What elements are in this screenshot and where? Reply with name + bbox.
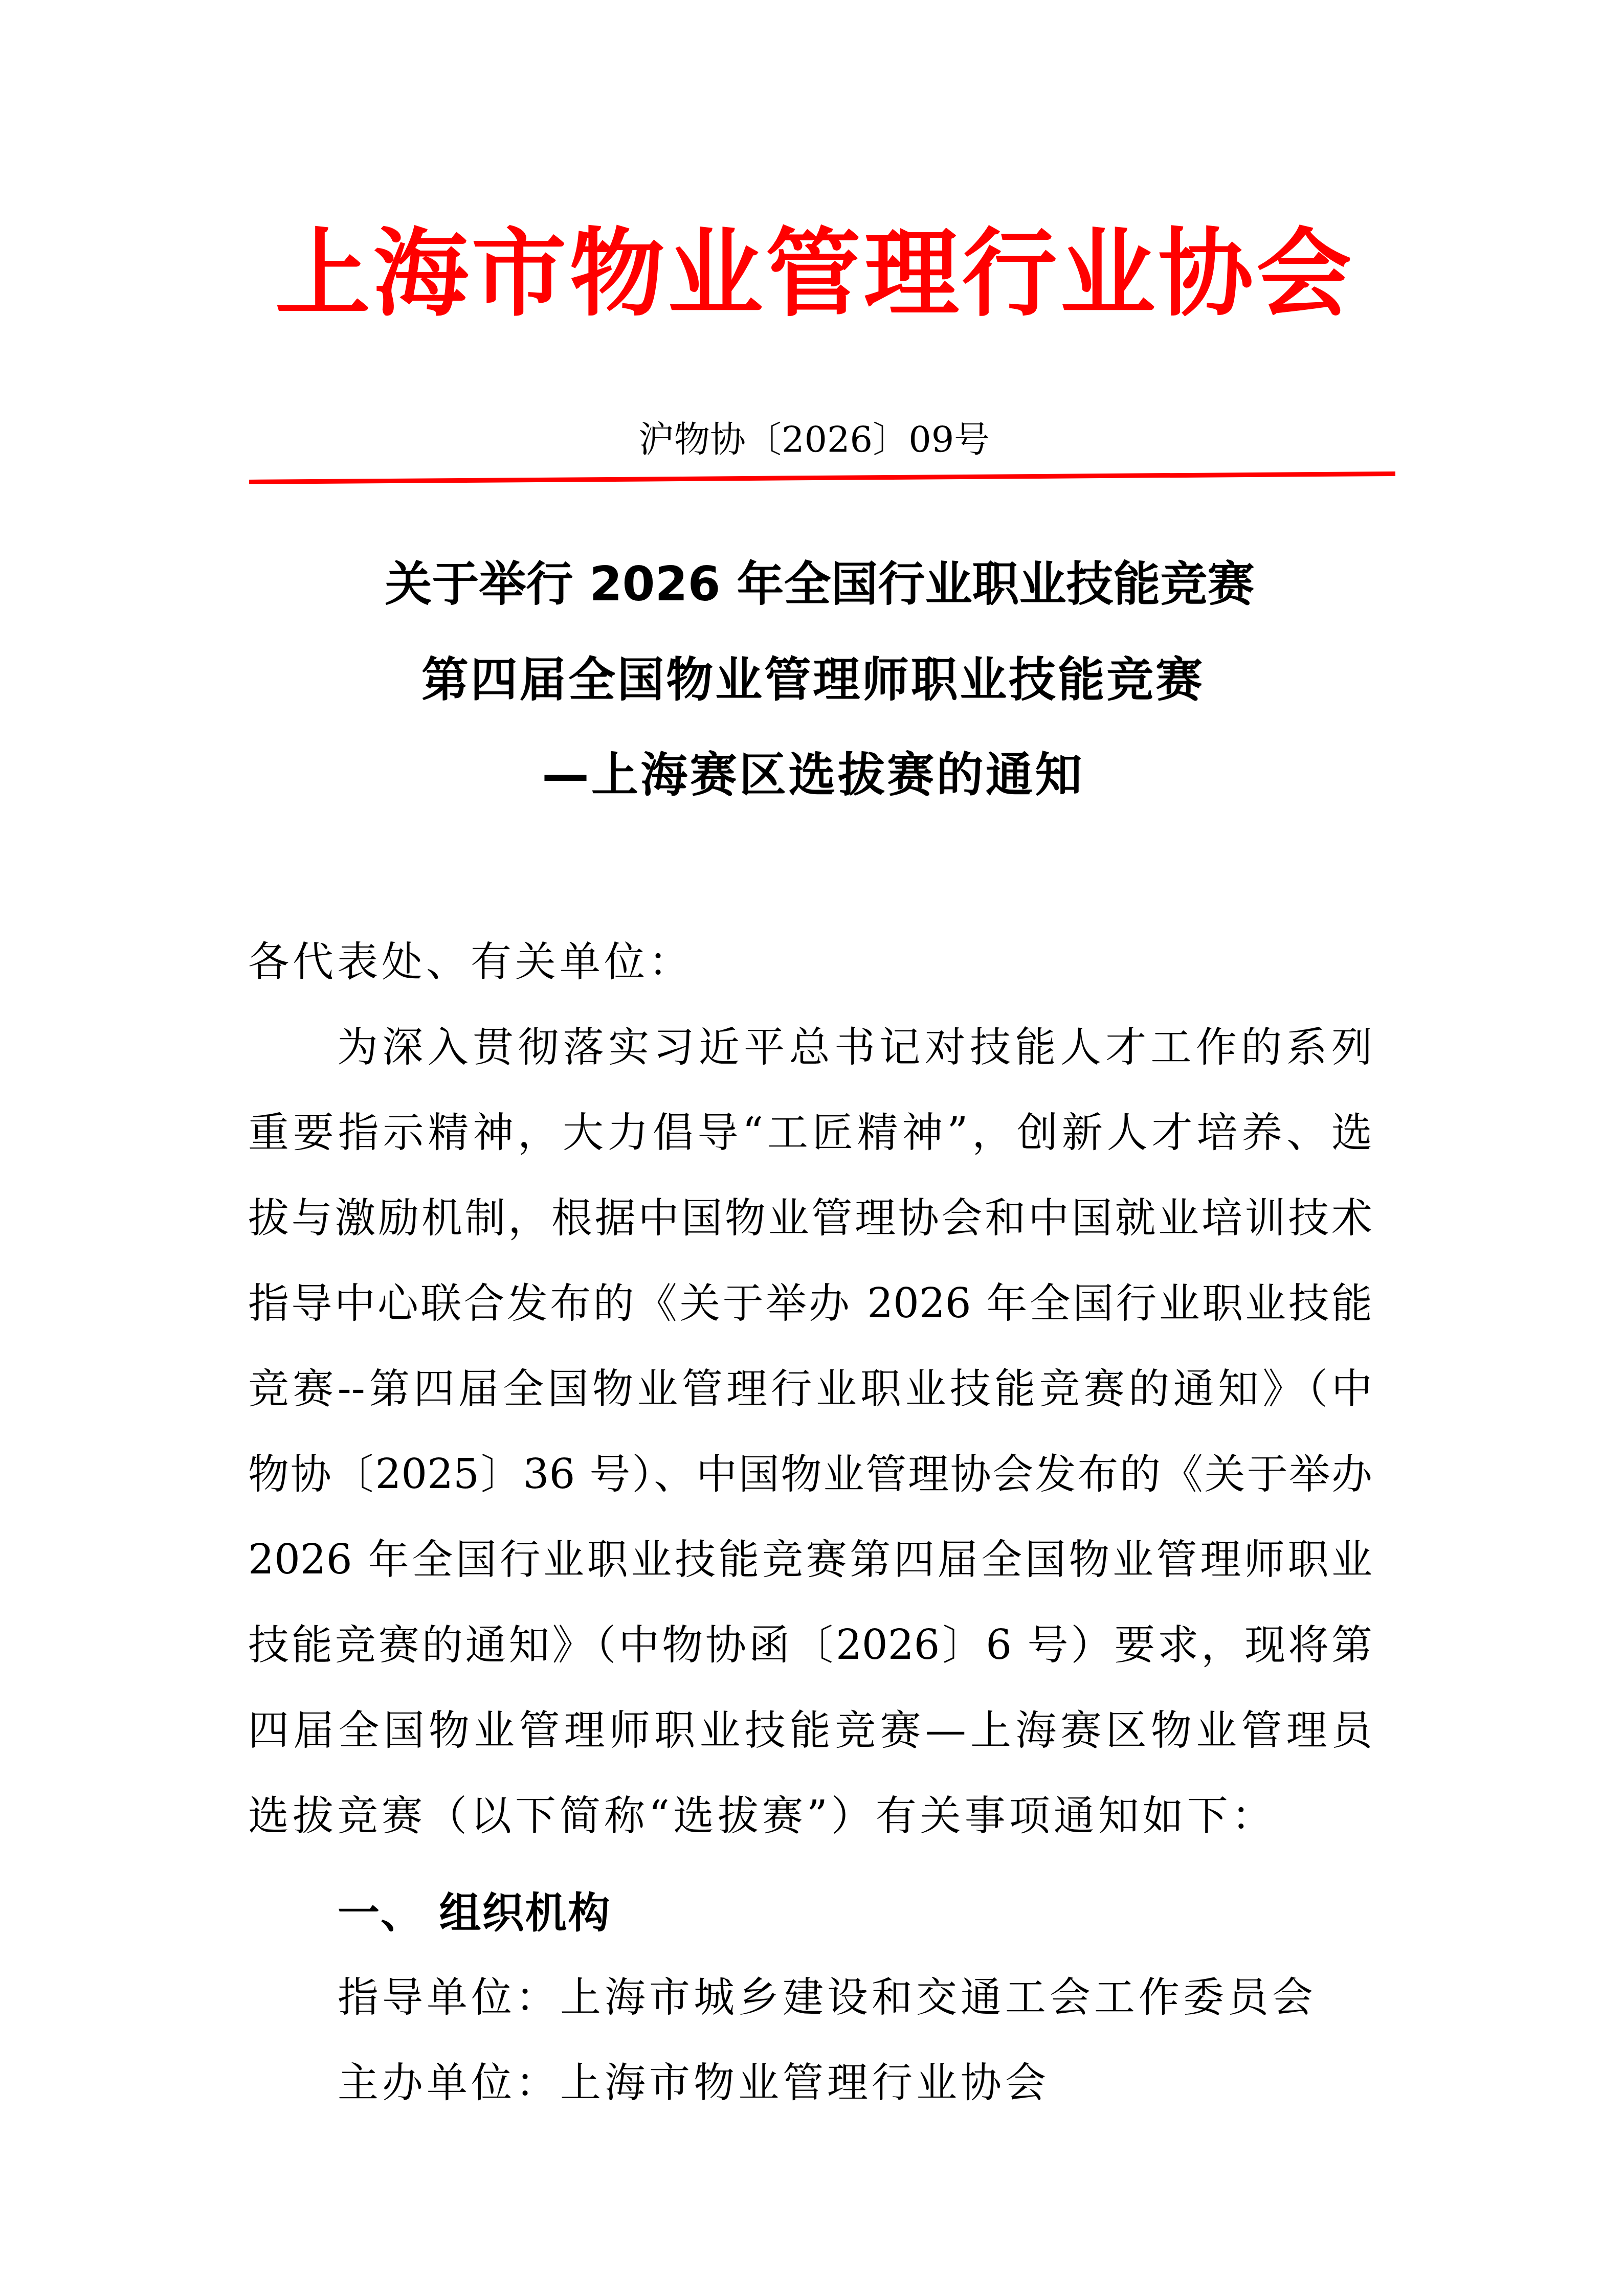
body-line: 技能竞赛的通知》（中物协函〔2026〕6 号）要求，现将第 — [248, 1602, 1372, 1688]
notice-heading-text: —上海赛区选拔赛的通知 — [542, 745, 1082, 806]
letterhead-red-divider — [249, 471, 1395, 484]
notice-heading-line-2: 第四届全国物业管理师职业技能竞赛 — [0, 649, 1624, 711]
body-line: 选拔竞赛（以下简称“选拔赛”）有关事项通知如下： — [248, 1773, 1372, 1859]
body-line: 为深入贯彻落实习近平总书记对技能人才工作的系列 — [337, 1004, 1372, 1090]
document-number: 沪物协〔2026〕09号 — [638, 409, 984, 470]
host-unit-line: 主办单位：上海市物业管理行业协会 — [338, 2040, 1050, 2126]
body-line: 物协〔2025〕36 号）、中国物业管理协会发布的《关于举办 — [248, 1431, 1372, 1517]
section-heading-organization: 一、 组织机构 — [338, 1871, 611, 1956]
body-line: 2026 年全国行业职业技能竞赛第四届全国物业管理师职业 — [248, 1517, 1372, 1603]
letterhead-organization-title: 上海市物业管理行业协会 — [275, 207, 1351, 340]
notice-heading-text: 关于举行 2026 年全国行业职业技能竞赛 — [385, 554, 1239, 615]
notice-heading-text: 第四届全国物业管理师职业技能竞赛 — [421, 649, 1203, 711]
body-line: 四届全国物业管理师职业技能竞赛—上海赛区物业管理员 — [248, 1687, 1372, 1773]
notice-heading-line-1: 关于举行 2026 年全国行业职业技能竞赛 — [0, 554, 1624, 615]
body-line: 竞赛--第四届全国物业管理行业职业技能竞赛的通知》（中 — [248, 1346, 1372, 1432]
document-page: 上海市物业管理行业协会 沪物协〔2026〕09号 关于举行 2026 年全国行业… — [0, 0, 1624, 2296]
body-line: 指导中心联合发布的《关于举办 2026 年全国行业职业技能 — [248, 1260, 1372, 1346]
body-line: 重要指示精神，大力倡导“工匠精神”，创新人才培养、选 — [248, 1090, 1372, 1176]
salutation: 各代表处、有关单位： — [248, 919, 1372, 1005]
notice-heading-line-3: —上海赛区选拔赛的通知 — [0, 745, 1624, 806]
body-line: 拔与激励机制，根据中国物业管理协会和中国就业培训技术 — [248, 1175, 1372, 1261]
guiding-unit-line: 指导单位：上海市城乡建设和交通工会工作委员会 — [338, 1954, 1317, 2040]
